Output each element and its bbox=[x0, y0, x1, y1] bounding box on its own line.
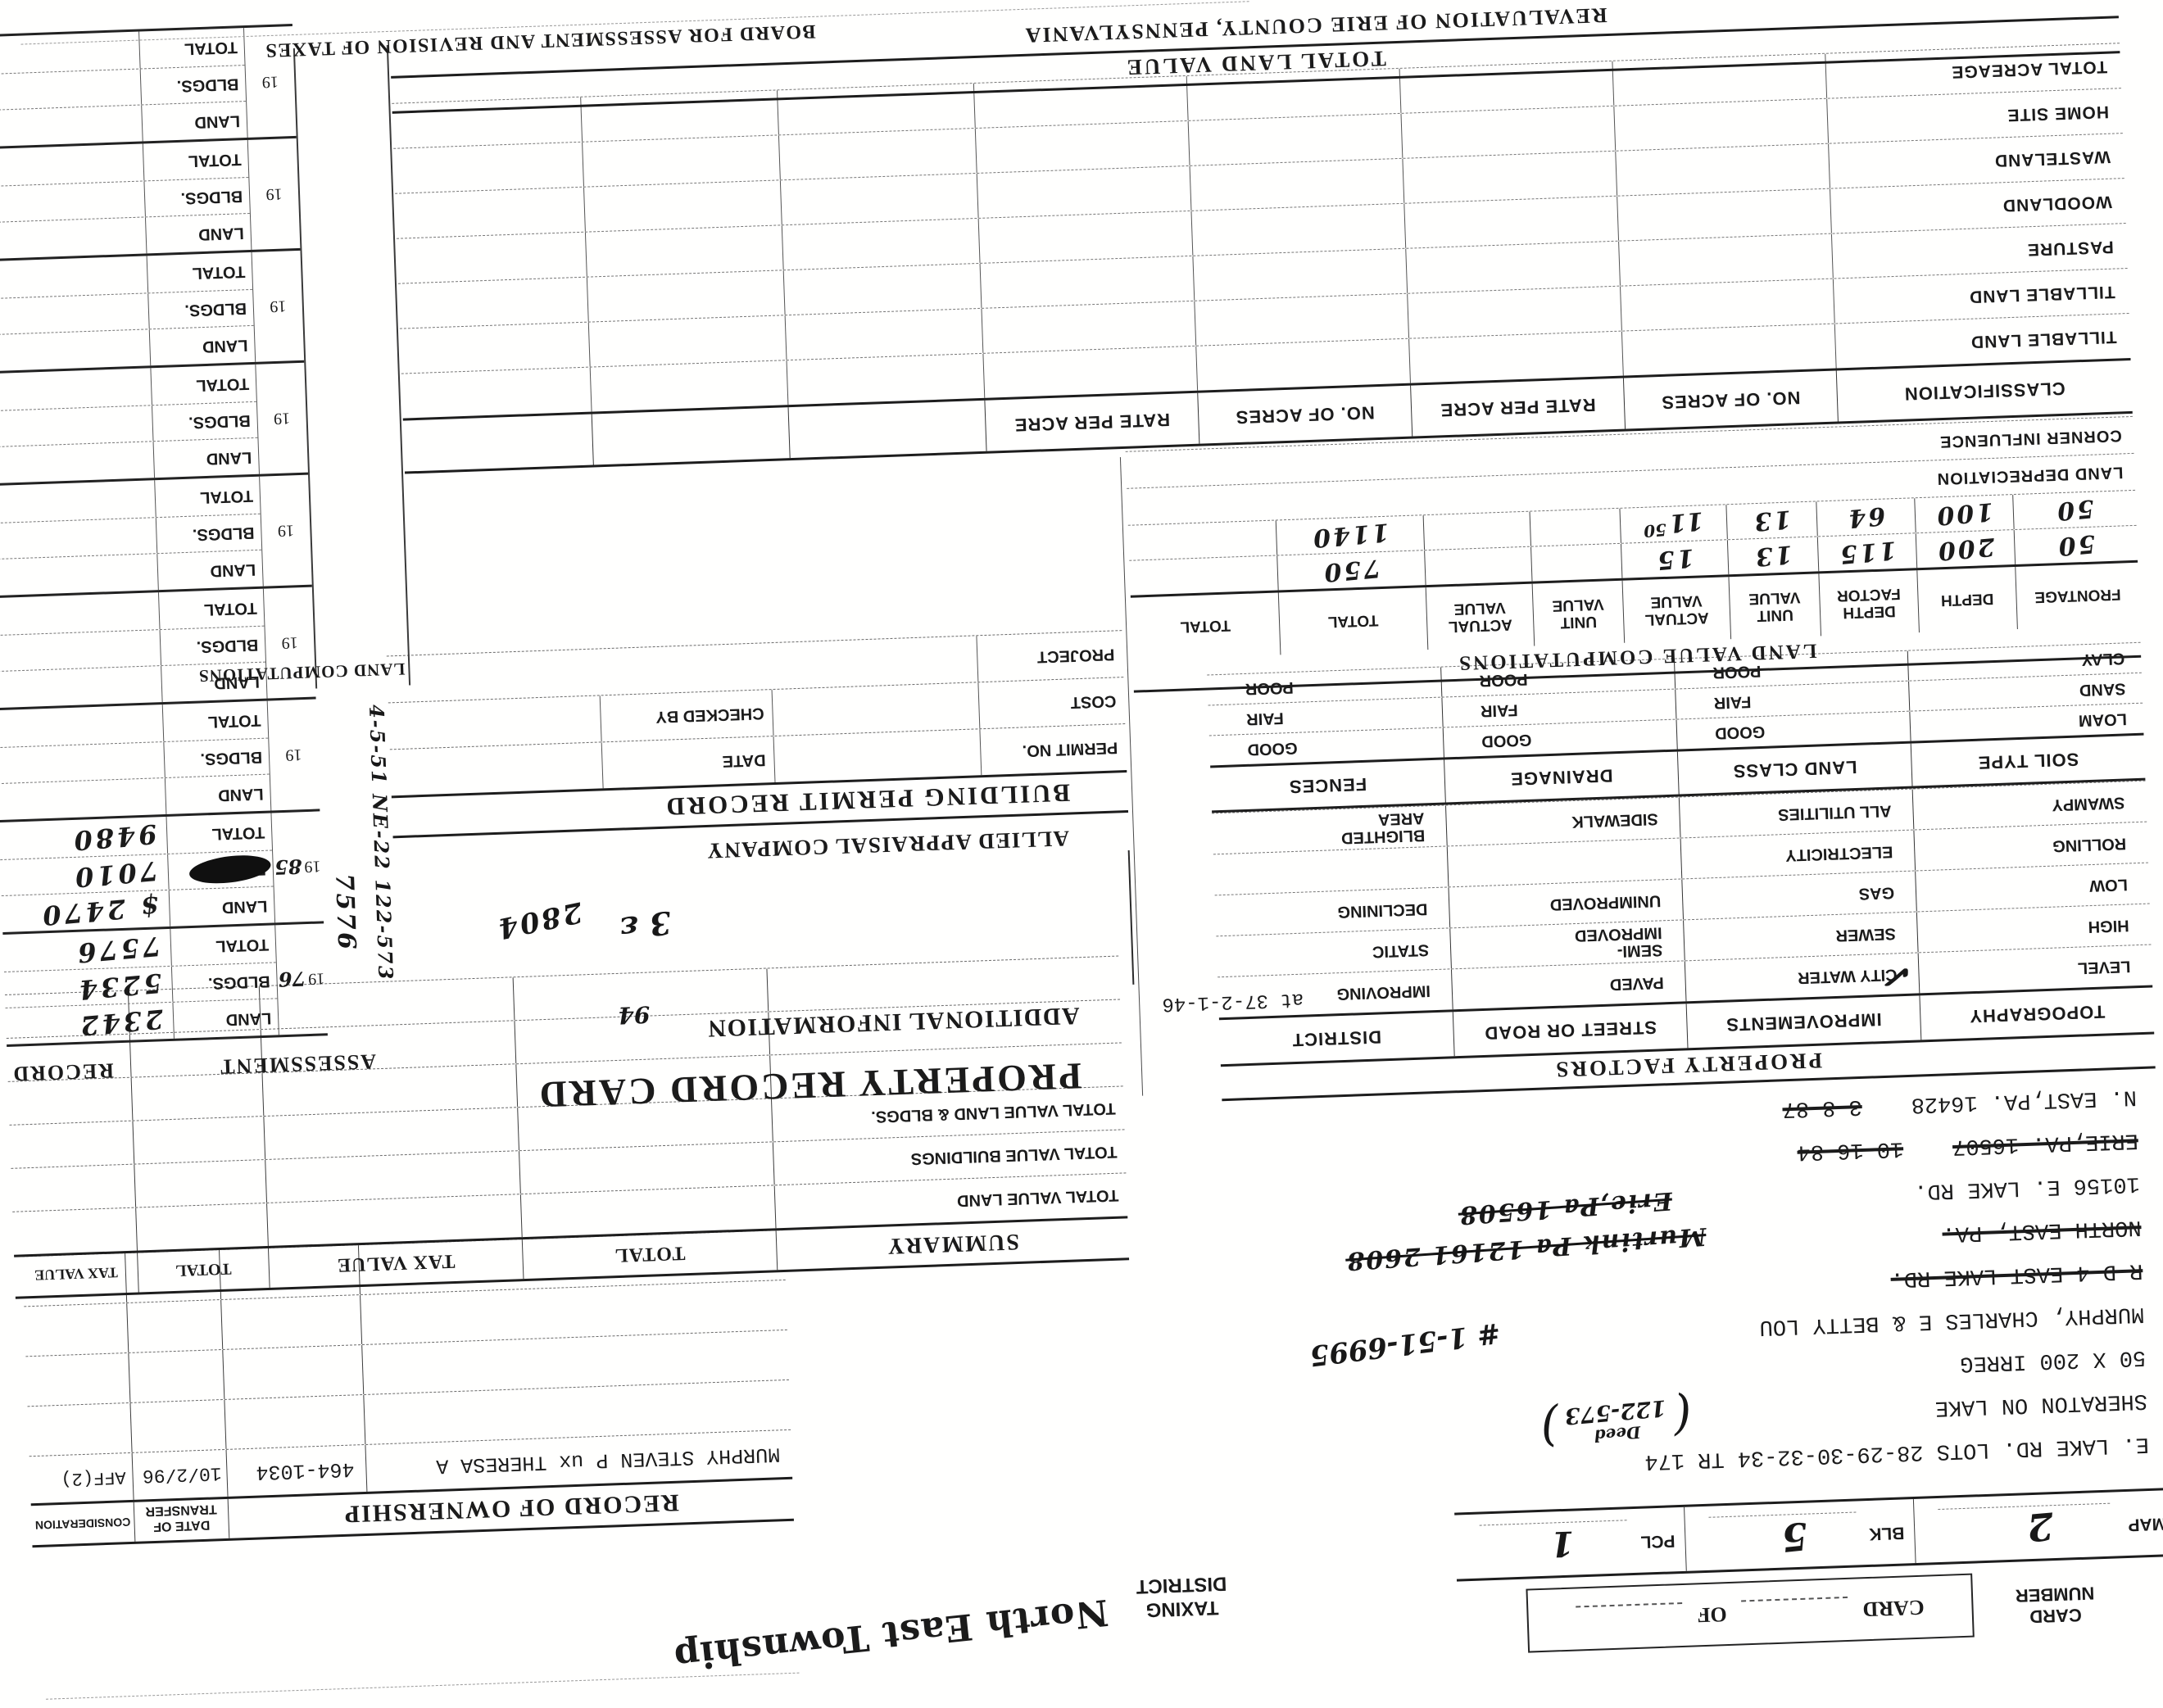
map-cell: MAP 2 bbox=[1913, 1490, 2163, 1563]
acreage-cell bbox=[787, 354, 985, 405]
landvalue-header-cell: DEPTH bbox=[1916, 567, 2017, 632]
assessment-row-label: BLDGS. bbox=[180, 186, 249, 207]
ownership-empty-cell bbox=[129, 1400, 225, 1452]
landvalue-header-cell: UNITVALUE bbox=[1728, 573, 1821, 639]
assessment-row-label: LAND bbox=[210, 559, 262, 579]
soil-header-cell: DRAINAGE bbox=[1444, 752, 1679, 803]
landvalue-cell: 50 bbox=[2014, 526, 2138, 564]
land-value-table: FRONTAGEDEPTHDEPTHFACTORUNITVALUEACTUALV… bbox=[1126, 416, 2140, 660]
ownership-empty-cell bbox=[220, 1295, 361, 1349]
building-permit-table: PERMIT NO.DATECOSTCHECKED BYPROJECT bbox=[387, 630, 1127, 795]
landvalue-header-cell: TOTAL bbox=[1131, 592, 1281, 659]
factors-cell: GAS bbox=[1681, 872, 1916, 920]
assessment-row-label: TOTAL bbox=[192, 261, 252, 283]
assessment-row-label: TOTAL bbox=[215, 934, 276, 955]
assessment-value-cell bbox=[153, 742, 165, 778]
description-line: 10156 E. LAKE RD. bbox=[1914, 1171, 2140, 1203]
summary-cell bbox=[265, 1151, 520, 1203]
assessment-row-label: BLDGS. bbox=[176, 74, 245, 95]
assessment-value: $ 2470 bbox=[39, 890, 161, 932]
label-line: GAS bbox=[1683, 883, 1895, 908]
label-line: SWAMPY bbox=[1913, 794, 2125, 818]
assessment-year-prefix: 19 bbox=[304, 857, 321, 877]
label-line: PAVED bbox=[1452, 973, 1664, 998]
assessment-value-cell bbox=[143, 442, 155, 478]
factors-option: SIDEWALK bbox=[1446, 809, 1680, 835]
card-of-blank-2 bbox=[1576, 1602, 1683, 1633]
assessment-row-label: TOTAL bbox=[203, 598, 264, 619]
property-factors-table: TOPOGRAPHYIMPROVEMENTSSTREET OR ROADDIST… bbox=[1207, 642, 2154, 1067]
factors-cell: ALL UTILITIES bbox=[1679, 790, 1914, 838]
assessment-year-prefix: 19 bbox=[285, 745, 302, 765]
factors-header-label: IMPROVEMENTS bbox=[1725, 1008, 1882, 1035]
factors-option: LOW bbox=[1916, 875, 2150, 900]
acreage-row-label: WOODLAND bbox=[2002, 191, 2125, 215]
description-suffix: 3-8-87 bbox=[1782, 1094, 1862, 1121]
assessment-row-label: LAND bbox=[206, 446, 258, 467]
scanned-property-record-card: CARD NUMBER CARD OF MAP 2 BLK 5 PCL 1 TA… bbox=[0, 0, 2163, 1671]
assessment-group: 19LANDBLDGS.TOTAL bbox=[0, 697, 320, 821]
acreage-cell bbox=[1192, 249, 1407, 301]
assessment-rows: LAND$ 2470BLDGS.7010TOTAL9480 bbox=[0, 813, 274, 933]
assessment-value-cell: 7576 bbox=[74, 929, 171, 969]
label-line: DEPTH bbox=[1941, 590, 1994, 609]
landvalue-header-cell: ACTUALVALUE bbox=[1622, 577, 1731, 642]
acreage-cell bbox=[398, 278, 588, 328]
acreage-header-cell: CLASSIFICATION bbox=[1836, 360, 2133, 422]
total-land-value-title: TOTAL LAND VALUE bbox=[1124, 43, 1386, 85]
description-line: N. EAST,PA. 164283-8-87 bbox=[1782, 1084, 2137, 1121]
assessment-year-prefix: 19 bbox=[274, 409, 291, 428]
assessment-row-label-cell: TOTAL bbox=[162, 701, 268, 741]
factors-option: SEWER bbox=[1685, 923, 1918, 949]
factors-header-cell: IMPROVEMENTS bbox=[1686, 995, 1921, 1048]
landvalue-header-cell: ACTUALVALUE bbox=[1426, 584, 1535, 650]
acreage-cell bbox=[401, 368, 592, 419]
landvalue-cell: 13 bbox=[1727, 537, 1818, 574]
factors-header-cell: STREET OR ROAD bbox=[1453, 1004, 1688, 1056]
landvalue-value: 750 bbox=[1321, 554, 1381, 587]
description-text: SHERATON ON LAKE bbox=[1934, 1388, 2147, 1420]
landvalue-value: 13 bbox=[1753, 540, 1794, 572]
landvalue-header-cell: FRONTAGE bbox=[2015, 563, 2140, 629]
description-line: NORTH EAST, PA. bbox=[1942, 1214, 2142, 1245]
assessment-value-cell bbox=[146, 518, 157, 554]
ownership-empty-cell bbox=[28, 1403, 132, 1456]
factors-cell: ROLLING bbox=[1913, 822, 2148, 871]
label-line: SEWER bbox=[1685, 924, 1897, 949]
factors-cell: ELECTRICITY bbox=[1680, 831, 1916, 879]
landvalue-cell: 1140 bbox=[1276, 515, 1424, 555]
landvalue-value: 13 bbox=[1751, 505, 1793, 537]
city-water-checkmark: ✓ bbox=[1884, 956, 1916, 999]
landvalue-extra-label: LAND DEPRECIATION bbox=[1936, 462, 2134, 487]
permit-cell: COST bbox=[977, 677, 1125, 728]
description-line: 50 X 200 IRREG bbox=[1960, 1344, 2147, 1375]
label-line: SIDEWALK bbox=[1446, 809, 1658, 834]
assessment-rows: LANDBLDGS.TOTAL bbox=[0, 589, 267, 709]
landvalue-cell bbox=[1423, 512, 1530, 550]
acreage-cell bbox=[582, 135, 780, 186]
ownership-empty-cell bbox=[24, 1303, 128, 1356]
landvalue-cell bbox=[1530, 544, 1621, 582]
ownership-empty-cell bbox=[25, 1353, 129, 1406]
summary-cell bbox=[520, 1185, 776, 1237]
acreage-cell bbox=[1400, 106, 1615, 158]
permit-label: DATE bbox=[722, 750, 774, 771]
factors-cell: LEVEL bbox=[1918, 945, 2153, 994]
assessment-value-cell: 7010 bbox=[71, 854, 169, 894]
factors-option: IMPROVING bbox=[1218, 981, 1453, 1006]
soil-header-label: FENCES bbox=[1288, 773, 1367, 797]
assessment-value-cell: 2342 bbox=[76, 1003, 174, 1042]
map-label: MAP bbox=[2128, 1513, 2163, 1534]
assessment-row-label: TOTAL bbox=[188, 149, 248, 170]
factors-header-label: TOPOGRAPHY bbox=[1969, 1001, 2106, 1027]
assessment-row-label: TOTAL bbox=[207, 710, 268, 732]
assessment-value-cell: 5234 bbox=[75, 967, 173, 1006]
acreage-cell bbox=[588, 315, 787, 366]
assessment-rows: LANDBLDGS.TOTAL bbox=[0, 28, 247, 147]
factors-cell: UNIMPROVED bbox=[1448, 879, 1683, 927]
acreage-header-cell: RATE PER ACRE bbox=[1410, 378, 1625, 437]
acreage-cell bbox=[978, 211, 1193, 263]
additional-information-box: 94 3 ε 2804 bbox=[394, 850, 1134, 1010]
summary-cell bbox=[11, 1165, 135, 1212]
soil-header-cell: LAND CLASS bbox=[1677, 744, 1912, 795]
description-line: R D 4 EAST LAKE RD. bbox=[1890, 1257, 2143, 1291]
acreage-header-label: NO. OF ACRES bbox=[1235, 401, 1375, 428]
landvalue-value: 100 bbox=[1934, 497, 1994, 531]
assessment-row-label-cell: BLDGS. bbox=[163, 738, 269, 777]
card-rotated-content: CARD NUMBER CARD OF MAP 2 BLK 5 PCL 1 TA… bbox=[0, 0, 2163, 1671]
consideration-header: CONSIDERATION bbox=[31, 1502, 135, 1545]
assessment-value-cell bbox=[155, 778, 166, 814]
summary-cell bbox=[263, 1108, 519, 1159]
landvalue-header-cell: TOTAL bbox=[1278, 587, 1428, 655]
ownership-empty-cell bbox=[224, 1395, 365, 1449]
summary-col-total-1: TOTAL bbox=[522, 1230, 777, 1279]
permit-cell bbox=[388, 695, 601, 749]
label-line: FACTOR bbox=[1837, 585, 1901, 605]
assessment-group: 19LANDBLDGS.TOTAL bbox=[0, 473, 312, 596]
assessment-row-label: TOTAL bbox=[184, 37, 245, 58]
description-text: 10156 E. LAKE RD. bbox=[1914, 1171, 2140, 1203]
landvalue-cell bbox=[1129, 555, 1277, 595]
landvalue-value: 115 bbox=[1837, 536, 1898, 569]
factors-header-label: STREET OR ROAD bbox=[1484, 1017, 1657, 1044]
landvalue-cell: 50 bbox=[2012, 491, 2136, 529]
deed-book-page: 464-1034 bbox=[226, 1445, 367, 1497]
assessment-row-label-cell: LAND bbox=[172, 999, 278, 1039]
factors-cell: DECLINING bbox=[1215, 887, 1450, 936]
factors-cell: SWAMPY bbox=[1912, 782, 2147, 830]
assessment-value-cell bbox=[131, 106, 143, 142]
soil-header-label: LAND CLASS bbox=[1732, 756, 1857, 782]
label-line: HIGH bbox=[1917, 916, 2129, 940]
landvalue-cell: 750 bbox=[1276, 550, 1425, 590]
factors-option: HIGH bbox=[1917, 916, 2151, 941]
assessment-row-label-cell: TOTAL bbox=[150, 365, 256, 405]
assessment-value-cell bbox=[150, 630, 161, 666]
soil-header-label: DRAINAGE bbox=[1510, 764, 1613, 789]
landvalue-cell: 13 bbox=[1725, 501, 1816, 539]
landvalue-value: 1150 bbox=[1642, 506, 1705, 541]
assessment-value-cell bbox=[129, 32, 140, 69]
acreage-cell bbox=[782, 219, 980, 270]
assessment-value-cell bbox=[133, 144, 144, 181]
acreage-header-cell bbox=[592, 407, 790, 464]
factors-cell: HIGH bbox=[1916, 904, 2152, 953]
label-line: UNIT bbox=[1757, 606, 1793, 625]
description-text: R D 4 EAST LAKE RD. bbox=[1890, 1257, 2143, 1291]
acreage-cell bbox=[587, 270, 785, 321]
acreage-cell bbox=[1615, 144, 1830, 196]
summary-col-tax-1: TAX VALUE bbox=[268, 1239, 523, 1288]
acreage-cell bbox=[1621, 324, 1836, 376]
assessment-row-label-cell: TOTAL bbox=[158, 589, 264, 629]
summary-col-tax-2: TAX VALUE bbox=[14, 1253, 138, 1297]
label-line: ACTUAL bbox=[1644, 609, 1709, 628]
label-line: ROLLING bbox=[1915, 835, 2127, 859]
factors-option: SEMI-IMPROVED bbox=[1450, 923, 1684, 966]
label-line: TOTAL bbox=[1327, 612, 1378, 631]
summary-cell bbox=[12, 1208, 137, 1255]
assessment-year-prefix: 19 bbox=[270, 297, 287, 316]
label-line: ACTUAL bbox=[1448, 615, 1512, 635]
blk-cell: BLK 5 bbox=[1684, 1499, 1916, 1571]
landvalue-cell: 115 bbox=[1817, 533, 1916, 571]
soil-option: FAIR bbox=[1481, 700, 1518, 721]
permit-cell: CHECKED BY bbox=[600, 690, 773, 741]
assessment-value-cell bbox=[138, 293, 149, 329]
assessment-year-cell: 19 bbox=[255, 363, 308, 474]
acreage-cell bbox=[981, 301, 1195, 353]
acreage-cell bbox=[1195, 339, 1410, 391]
permit-label: COST bbox=[1070, 691, 1124, 712]
assessment-row-label-cell: BLDGS. bbox=[171, 963, 277, 1002]
assessment-value-cell: 9480 bbox=[70, 817, 168, 857]
ownership-empty-cell bbox=[126, 1300, 222, 1352]
permit-label: CHECKED BY bbox=[655, 704, 773, 727]
assessment-row-label: TOTAL bbox=[200, 486, 261, 507]
label-line: VALUE bbox=[1650, 591, 1703, 610]
factors-cell bbox=[1213, 846, 1449, 895]
summary-row-label: TOTAL VALUE LAND bbox=[957, 1185, 1127, 1210]
acreage-cell bbox=[1194, 294, 1408, 346]
summary-col-total-2: TOTAL bbox=[137, 1248, 270, 1293]
assessment-row-label-cell: TOTAL bbox=[143, 140, 248, 180]
acreage-header-cell: NO. OF ACRES bbox=[1197, 386, 1412, 444]
landvalue-value: 50 bbox=[2056, 529, 2097, 561]
label-line: CITY WATER bbox=[1685, 965, 1898, 990]
side-total-handwritten: 7576 bbox=[329, 873, 363, 1005]
scrawl-2804: 2804 bbox=[493, 895, 586, 945]
acreage-row-label: PASTURE bbox=[2027, 236, 2128, 259]
scrawl-3e: 3 ε bbox=[618, 904, 673, 947]
acreage-cell bbox=[590, 360, 788, 411]
assessment-rows: LANDBLDGS.TOTAL bbox=[0, 477, 263, 596]
soil-type-name: LOAM bbox=[2028, 709, 2143, 732]
landvalue-cell bbox=[1424, 547, 1531, 586]
acreage-header-cell: NO. OF ACRES bbox=[1623, 371, 1838, 429]
factors-option: BLIGHTEDAREA bbox=[1212, 809, 1446, 851]
acreage-header-label: NO. OF ACRES bbox=[1661, 387, 1801, 413]
assessment-group: 19LANDBLDGS.TOTAL bbox=[0, 585, 316, 709]
description-line: ERIE,PA. 1650710-16-84 bbox=[1797, 1127, 2138, 1164]
pcl-label: PCL bbox=[1640, 1530, 1676, 1551]
description-text: ERIE,PA. 16507 bbox=[1952, 1127, 2139, 1158]
landvalue-value: 200 bbox=[1935, 532, 1996, 566]
assessment-year-cell: 19 bbox=[267, 700, 320, 811]
soil-option: FAIR bbox=[1246, 709, 1284, 729]
description-line: E. LAKE RD. LOTS 28-29-30-32-34 TR 174 bbox=[1644, 1431, 2149, 1473]
factors-option: UNIMPROVED bbox=[1449, 890, 1683, 916]
description-line: SHERATON ON LAKE bbox=[1934, 1388, 2147, 1420]
landvalue-value: 1140 bbox=[1310, 518, 1390, 553]
assessment-row-label-cell: LAND bbox=[169, 887, 274, 926]
transfer-date: 10/2/96 bbox=[132, 1450, 228, 1500]
assessment-row-label-cell: LAND bbox=[141, 102, 247, 141]
assessment-year-cell: 19 bbox=[247, 138, 301, 250]
label-line: LEVEL bbox=[1919, 957, 2131, 981]
permit-cell bbox=[772, 682, 980, 736]
acreage-header-cell: RATE PER ACRE bbox=[984, 393, 1199, 451]
assessment-row-label-cell: TOTAL bbox=[166, 813, 272, 854]
factors-cell: STATIC bbox=[1216, 928, 1451, 976]
acreage-header-label: RATE PER ACRE bbox=[1440, 394, 1596, 421]
building-permit-title: BUILDING PERMIT RECORD bbox=[664, 778, 1071, 821]
acreage-cell bbox=[977, 166, 1191, 218]
acreage-cell bbox=[975, 121, 1190, 173]
factors-option: ROLLING bbox=[1915, 834, 2148, 859]
factors-option: DECLINING bbox=[1215, 899, 1449, 924]
summary-cell bbox=[134, 1160, 266, 1207]
soil-type-name: SAND bbox=[2027, 678, 2143, 701]
acreage-cell bbox=[780, 174, 978, 224]
label-line: UNIMPROVED bbox=[1449, 891, 1662, 916]
acreage-cell bbox=[980, 256, 1195, 308]
assessment-year-prefix: 19 bbox=[261, 72, 279, 92]
acreage-cell bbox=[1620, 279, 1834, 331]
card-number-label: CARD NUMBER bbox=[1977, 1581, 2134, 1629]
acreage-cell bbox=[783, 264, 982, 315]
assessment-row-label: BLDGS. bbox=[208, 972, 277, 993]
acreage-cell bbox=[1188, 114, 1403, 165]
assessment-row-label: BLDGS. bbox=[188, 410, 257, 432]
assessment-value-cell bbox=[137, 256, 148, 293]
acreage-cell bbox=[1402, 152, 1617, 203]
label-line: ALL UTILITIES bbox=[1680, 801, 1892, 826]
acreage-row-label: TILLABLE LAND bbox=[1970, 326, 2130, 351]
assessment-year-prefix: 19 bbox=[281, 633, 298, 653]
assessment-rows: LANDBLDGS.TOTAL bbox=[0, 252, 255, 372]
label-line: ELECTRICITY bbox=[1681, 842, 1893, 867]
landvalue-value: 50 bbox=[2054, 494, 2096, 526]
assessment-row-label: LAND bbox=[194, 111, 247, 131]
taxing-district-label: TAXING DISTRICT bbox=[1108, 1570, 1257, 1623]
assessment-row-label: LAND bbox=[198, 223, 251, 243]
acreage-header-cell bbox=[788, 401, 986, 458]
permit-label: PERMIT NO. bbox=[1022, 738, 1126, 760]
summary-row-label: TOTAL VALUE BUILDINGS bbox=[910, 1142, 1126, 1168]
assessment-value: 5234 bbox=[75, 967, 163, 1005]
assessment-row-label: LAND bbox=[221, 895, 274, 916]
acreage-table: CLASSIFICATIONNO. OF ACRESRATE PER ACREN… bbox=[392, 43, 2133, 473]
acreage-row-label: TILLABLE LAND bbox=[1969, 281, 2129, 306]
permit-cell: PERMIT NO. bbox=[979, 724, 1127, 775]
card-of-blank-1 bbox=[1741, 1597, 1848, 1627]
factors-option: PAVED bbox=[1452, 972, 1685, 998]
pcl-cell: PCL 1 bbox=[1454, 1507, 1686, 1579]
landvalue-cell bbox=[1128, 521, 1276, 560]
label-line: STATIC bbox=[1217, 940, 1430, 965]
permit-cell bbox=[773, 729, 982, 782]
soil-header-cell: FENCES bbox=[1210, 760, 1445, 811]
label-line: VALUE bbox=[1748, 588, 1801, 607]
acreage-header-cell bbox=[403, 415, 593, 472]
consideration-value: AFF(2) bbox=[29, 1453, 134, 1503]
factors-cell bbox=[1447, 839, 1682, 887]
assessment-value-cell bbox=[140, 369, 152, 405]
acreage-cell bbox=[585, 225, 783, 276]
assessment-value: 7010 bbox=[70, 854, 159, 893]
assessment-group: 19LANDBLDGS.TOTAL bbox=[0, 136, 300, 260]
soil-option: GOOD bbox=[1481, 730, 1532, 750]
acreage-cell bbox=[397, 233, 587, 283]
assessment-row-label-cell: BLDGS. bbox=[156, 514, 261, 554]
label-line: DECLINING bbox=[1215, 899, 1428, 924]
assessment-row-label-cell: BLDGS. bbox=[167, 850, 273, 890]
factors-option: SWAMPY bbox=[1913, 793, 2147, 818]
assessment-row-label: BLDGS. bbox=[200, 747, 269, 768]
landvalue-value: 15 bbox=[1654, 543, 1696, 575]
assessment-row-label-cell: TOTAL bbox=[170, 926, 275, 966]
card-of-of-label: OF bbox=[1697, 1602, 1727, 1627]
assessment-value-cell bbox=[152, 704, 164, 741]
summary-cell bbox=[132, 1117, 265, 1164]
permit-label: PROJECT bbox=[1036, 645, 1122, 667]
description-text: MURPHY, CHARLES E & BETTY LOU bbox=[1759, 1301, 2145, 1339]
assessment-row-label-cell: LAND bbox=[153, 438, 259, 478]
landvalue-header-cell: UNITVALUE bbox=[1532, 581, 1625, 646]
label-line: VALUE bbox=[1552, 596, 1604, 614]
assessment-row-label-cell: LAND bbox=[145, 214, 251, 253]
factors-option: ELECTRICITY bbox=[1681, 842, 1915, 868]
assessment-row-label: TOTAL bbox=[211, 822, 272, 844]
description-line: MURPHY, CHARLES E & BETTY LOU bbox=[1759, 1301, 2145, 1339]
map-blk-pcl-row: MAP 2 BLK 5 PCL 1 bbox=[1454, 1488, 2163, 1582]
description-text: E. LAKE RD. LOTS 28-29-30-32-34 TR 174 bbox=[1644, 1431, 2149, 1473]
landvalue-cell: 200 bbox=[1916, 530, 2015, 568]
assessment-value-cell bbox=[139, 330, 151, 366]
landvalue-extra-label: CORNER INFLUENCE bbox=[1939, 425, 2134, 451]
landvalue-cell: 100 bbox=[1914, 495, 2013, 532]
permit-cell: PROJECT bbox=[976, 631, 1123, 682]
assessment-group: 1976LAND2342BLDGS.5234TOTAL7576 bbox=[2, 921, 328, 1044]
description-suffix: 10-16-84 bbox=[1797, 1135, 1904, 1164]
summary-cell bbox=[519, 1142, 774, 1194]
acreage-row-label: TOTAL ACREAGE bbox=[1951, 56, 2120, 81]
assessment-row-label-cell: BLDGS. bbox=[140, 66, 246, 105]
assessment-value: 2342 bbox=[76, 1004, 165, 1042]
township-stamp: North East Township bbox=[714, 1591, 1110, 1671]
factors-cell: PAVED bbox=[1451, 961, 1686, 1009]
assessment-row-label-cell: TOTAL bbox=[154, 477, 260, 517]
assessment-year-cell: 1976 bbox=[274, 923, 328, 1035]
assessment-group: 1985LAND$ 2470BLDGS.7010TOTAL9480 bbox=[0, 809, 324, 932]
assessment-row-label: TOTAL bbox=[196, 374, 256, 395]
